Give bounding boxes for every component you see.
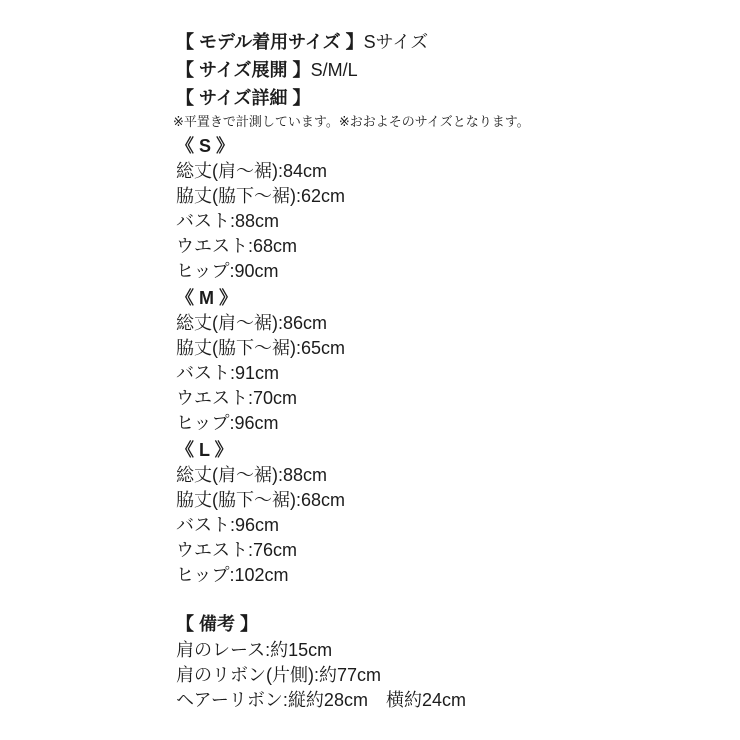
remarks-title: 【 備考 】 xyxy=(176,610,724,638)
model-size-label: 【 モデル着用サイズ 】 xyxy=(176,32,364,52)
measurement-row: バスト:96cm xyxy=(176,513,724,538)
measurement-value: 102cm xyxy=(234,565,288,585)
measurement-label: ウエスト xyxy=(176,388,248,408)
remark-value: 縦約28cm 横約24cm xyxy=(288,690,466,710)
measurement-value: 90cm xyxy=(234,261,278,281)
remarks-section: 【 備考 】 肩のレース:約15cm 肩のリボン(片側):約77cm ヘアーリボ… xyxy=(176,610,724,713)
measurement-value: 68cm xyxy=(253,236,297,256)
measurement-label: ヒップ xyxy=(176,261,229,281)
measurement-value: 70cm xyxy=(253,388,297,408)
measurement-row: ウエスト:76cm xyxy=(176,538,724,563)
measurement-value: 91cm xyxy=(235,363,279,383)
remark-row: ヘアーリボン:縦約28cm 横約24cm xyxy=(176,688,724,713)
measurement-note: ※平置きで計測しています。※おおよそのサイズとなります。 xyxy=(173,112,724,132)
remark-value: 約15cm xyxy=(270,640,332,660)
size-spec-page: 【 モデル着用サイズ 】Sサイズ 【 サイズ展開 】S/M/L 【 サイズ詳細 … xyxy=(0,0,740,740)
measurement-value: 86cm xyxy=(283,313,327,333)
measurement-row: ウエスト:68cm xyxy=(176,234,724,259)
measurement-row: ヒップ:90cm xyxy=(176,259,724,284)
measurement-row: 総丈(肩〜裾):88cm xyxy=(176,463,724,488)
measurement-label: 総丈(肩〜裾) xyxy=(176,161,278,181)
measurement-value: 84cm xyxy=(283,161,327,181)
size-section-m: 《 M 》 総丈(肩〜裾):86cm 脇丈(脇下〜裾):65cm バスト:91c… xyxy=(176,286,724,436)
size-section-s: 《 S 》 総丈(肩〜裾):84cm 脇丈(脇下〜裾):62cm バスト:88c… xyxy=(176,134,724,284)
measurement-label: 脇丈(脇下〜裾) xyxy=(176,338,296,358)
size-section-l: 《 L 》 総丈(肩〜裾):88cm 脇丈(脇下〜裾):68cm バスト:96c… xyxy=(176,438,724,588)
measurement-row: 脇丈(脇下〜裾):62cm xyxy=(176,184,724,209)
measurement-label: ウエスト xyxy=(176,236,248,256)
model-size-value: Sサイズ xyxy=(364,32,429,52)
measurement-value: 76cm xyxy=(253,540,297,560)
size-section-title: 《 L 》 xyxy=(176,438,724,463)
model-size-line: 【 モデル着用サイズ 】Sサイズ xyxy=(176,28,724,56)
measurement-row: ウエスト:70cm xyxy=(176,386,724,411)
remark-label: 肩のリボン(片側) xyxy=(176,665,314,685)
measurement-value: 96cm xyxy=(234,413,278,433)
size-detail-label: 【 サイズ詳細 】 xyxy=(176,88,311,108)
measurement-value: 88cm xyxy=(283,465,327,485)
measurement-value: 65cm xyxy=(301,338,345,358)
remark-label: 肩のレース xyxy=(176,640,265,660)
measurement-value: 68cm xyxy=(301,490,345,510)
measurement-row: 脇丈(脇下〜裾):65cm xyxy=(176,336,724,361)
remark-row: 肩のレース:約15cm xyxy=(176,638,724,663)
measurement-label: ウエスト xyxy=(176,540,248,560)
size-section-title: 《 S 》 xyxy=(176,134,724,159)
size-range-label: 【 サイズ展開 】 xyxy=(176,60,311,80)
size-detail-heading: 【 サイズ詳細 】 xyxy=(176,84,724,112)
measurement-label: 総丈(肩〜裾) xyxy=(176,313,278,333)
size-section-title: 《 M 》 xyxy=(176,286,724,311)
size-range-line: 【 サイズ展開 】S/M/L xyxy=(176,56,724,84)
measurement-label: 脇丈(脇下〜裾) xyxy=(176,186,296,206)
measurement-value: 62cm xyxy=(301,186,345,206)
measurement-row: 総丈(肩〜裾):84cm xyxy=(176,159,724,184)
measurement-label: ヒップ xyxy=(176,413,229,433)
measurement-row: 総丈(肩〜裾):86cm xyxy=(176,311,724,336)
measurement-label: バスト xyxy=(176,515,230,535)
measurement-row: ヒップ:96cm xyxy=(176,411,724,436)
measurement-value: 88cm xyxy=(235,211,279,231)
measurement-row: 脇丈(脇下〜裾):68cm xyxy=(176,488,724,513)
measurement-label: バスト xyxy=(176,211,230,231)
measurement-row: バスト:91cm xyxy=(176,361,724,386)
measurement-label: 脇丈(脇下〜裾) xyxy=(176,490,296,510)
remark-value: 約77cm xyxy=(319,665,381,685)
remark-label: ヘアーリボン xyxy=(176,690,283,710)
measurement-label: 総丈(肩〜裾) xyxy=(176,465,278,485)
remark-row: 肩のリボン(片側):約77cm xyxy=(176,663,724,688)
measurement-value: 96cm xyxy=(235,515,279,535)
measurement-label: ヒップ xyxy=(176,565,229,585)
measurement-label: バスト xyxy=(176,363,230,383)
measurement-row: バスト:88cm xyxy=(176,209,724,234)
measurement-row: ヒップ:102cm xyxy=(176,563,724,588)
size-range-value: S/M/L xyxy=(311,60,358,80)
